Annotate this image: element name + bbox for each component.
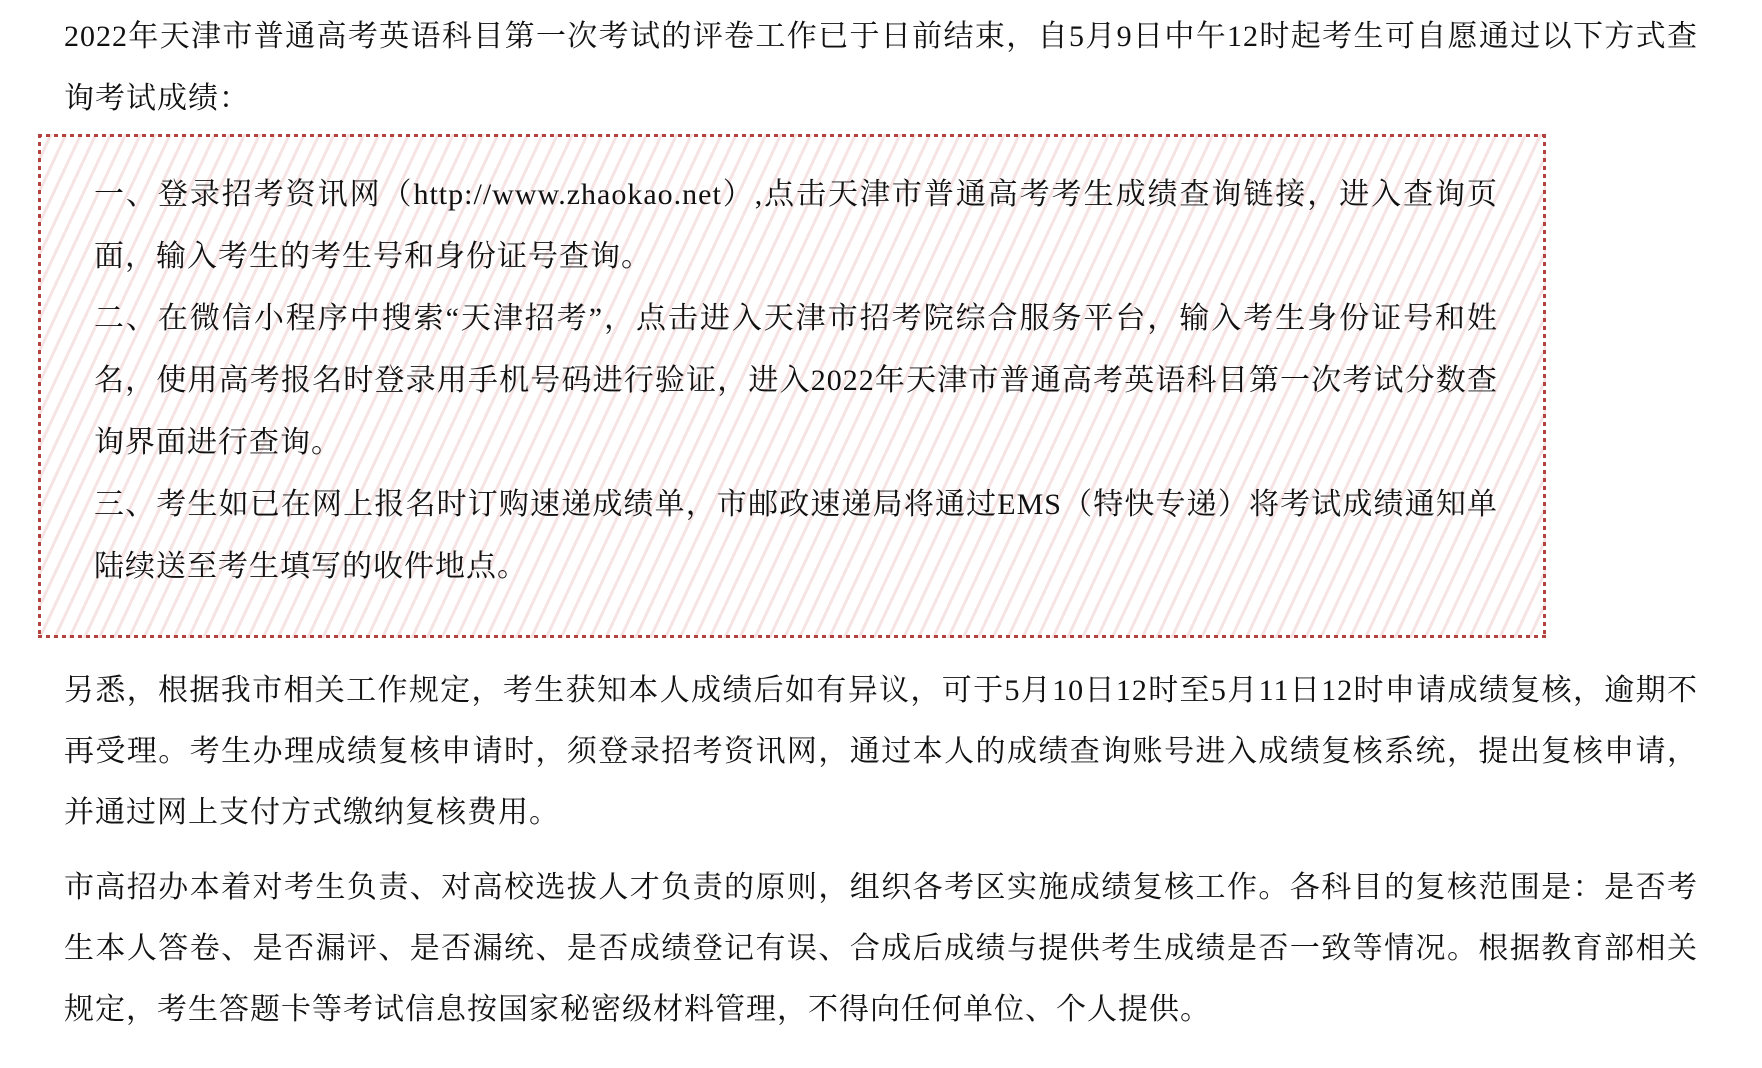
score-review-paragraph: 另悉，根据我市相关工作规定，考生获知本人成绩后如有异议，可于5月10日12时至5… <box>64 660 1698 843</box>
notice-item-ems-delivery: 三、考生如已在网上报名时订购速递成绩单，市邮政速递局将通过EMS（特快专递）将考… <box>94 474 1498 598</box>
article-page: 2022年天津市普通高考英语科目第一次考试的评卷工作已于日前结束，自5月9日中午… <box>0 0 1762 1040</box>
notice-item-wechat-query: 二、在微信小程序中搜索“天津招考”，点击进入天津市招考院综合服务平台，输入考生身… <box>94 288 1498 474</box>
review-policy-paragraph: 市高招办本着对考生负责、对高校选拔人才负责的原则，组织各考区实施成绩复核工作。各… <box>64 857 1698 1040</box>
notice-item-website-query: 一、登录招考资讯网（http://www.zhaokao.net）,点击天津市普… <box>94 164 1498 288</box>
score-query-notice-box: 一、登录招考资讯网（http://www.zhaokao.net）,点击天津市普… <box>38 134 1546 638</box>
intro-paragraph: 2022年天津市普通高考英语科目第一次考试的评卷工作已于日前结束，自5月9日中午… <box>64 6 1698 130</box>
